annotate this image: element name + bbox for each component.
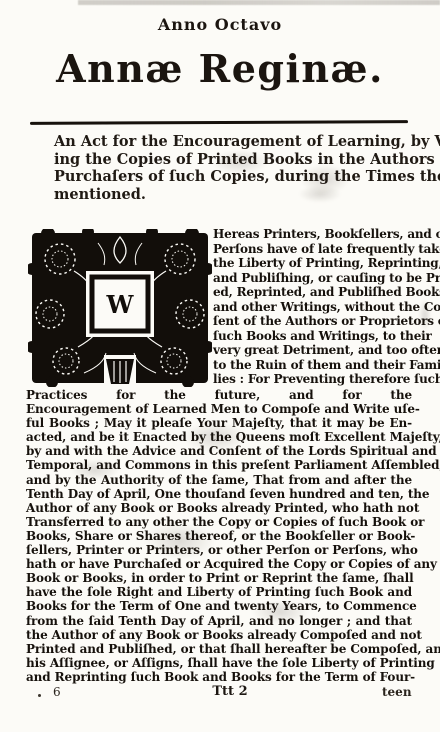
page-title: Annæ Reginæ.: [0, 46, 440, 91]
body-line: acted, and be it Enacted by the Queens m…: [26, 430, 412, 444]
body-text-beside-initial: Hereas Printers, Bookſellers, and other …: [213, 227, 412, 387]
body-text-full-width: Practices for the future, and for the En…: [26, 388, 412, 684]
body-line: the Author of any Book or Books already …: [26, 628, 412, 642]
body-line: very great Detriment, and too often: [213, 343, 412, 358]
ink-dot: [38, 694, 41, 697]
body-line: and other Writings, without the Con-: [213, 300, 412, 315]
page-number: 6: [53, 685, 61, 699]
body-line: Practices for the future, and for the: [26, 388, 412, 402]
body-line: and by the Authority of the ſame, That f…: [26, 473, 412, 487]
body-line: ſellers, Printer or Printers, or other P…: [26, 543, 412, 557]
act-heading-line: ing the Copies of Printed Books in the A…: [54, 151, 416, 169]
page-edge-artifact: [78, 0, 440, 5]
body-line: Encouragement of Learned Men to Compoſe …: [26, 402, 412, 416]
divider-rule: [30, 120, 408, 125]
body-line: hath or have Purchaſed or Acquired the C…: [26, 557, 412, 571]
body-line: Perſons have of late frequently taken: [213, 242, 412, 257]
body-line: Author of any Book or Books already Prin…: [26, 501, 412, 515]
body-line: Books, Share or Shares thereof, or the B…: [26, 529, 412, 543]
scanned-document-page: Anno Octavo Annæ Reginæ. An Act for the …: [0, 0, 440, 732]
body-line: to the Ruin of them and their Fami-: [213, 358, 412, 373]
signature-mark: Ttt 2: [150, 684, 310, 699]
body-line: ſent of the Authors or Proprietors of: [213, 314, 412, 329]
act-heading-line: An Act for the Encouragement of Learning…: [54, 133, 416, 151]
body-line: Printed and Publiſhed, or that ſhall her…: [26, 642, 412, 656]
body-line: ful Books ; May it pleaſe Your Majeſty, …: [26, 416, 412, 430]
act-heading-line: Purchaſers of ſuch Copies, during the Ti…: [54, 168, 416, 186]
body-line: ſuch Books and Writings, to their: [213, 329, 412, 344]
woodcut-initial: W: [28, 229, 212, 387]
body-line: ed, Reprinted, and Publiſhed Books,: [213, 285, 412, 300]
body-line: Book or Books, in order to Print or Repr…: [26, 571, 412, 585]
catchword: teen: [382, 685, 412, 699]
body-line: Books for the Term of One and twenty Yea…: [26, 599, 412, 613]
body-line: Transferred to any other the Copy or Cop…: [26, 515, 412, 529]
body-line: have the ſole Right and Liberty of Print…: [26, 585, 412, 599]
body-line: Temporal, and Commons in this preſent Pa…: [26, 458, 412, 472]
body-line: lies : For Preventing therefore ſuch: [213, 372, 412, 387]
drop-cap-letter: W: [106, 290, 135, 319]
act-heading: An Act for the Encouragement of Learning…: [30, 133, 416, 203]
body-line: Hereas Printers, Bookſellers, and other: [213, 227, 412, 242]
body-line: Tenth Day of April, One thouſand ſeven h…: [26, 487, 412, 501]
body-line: his Aſſignee, or Aſſigns, ſhall have the…: [26, 656, 412, 670]
regnal-year-line: Anno Octavo: [0, 15, 440, 34]
body-line: from the ſaid Tenth Day of April, and no…: [26, 614, 412, 628]
body-line: by and with the Advice and Conſent of th…: [26, 444, 412, 458]
act-heading-line: mentioned.: [54, 186, 416, 204]
body-line: and Publiſhing, or cauſing to be Print-: [213, 271, 412, 286]
body-line: the Liberty of Printing, Reprinting,: [213, 256, 412, 271]
body-line: and Reprinting ſuch Book and Books for t…: [26, 670, 412, 684]
